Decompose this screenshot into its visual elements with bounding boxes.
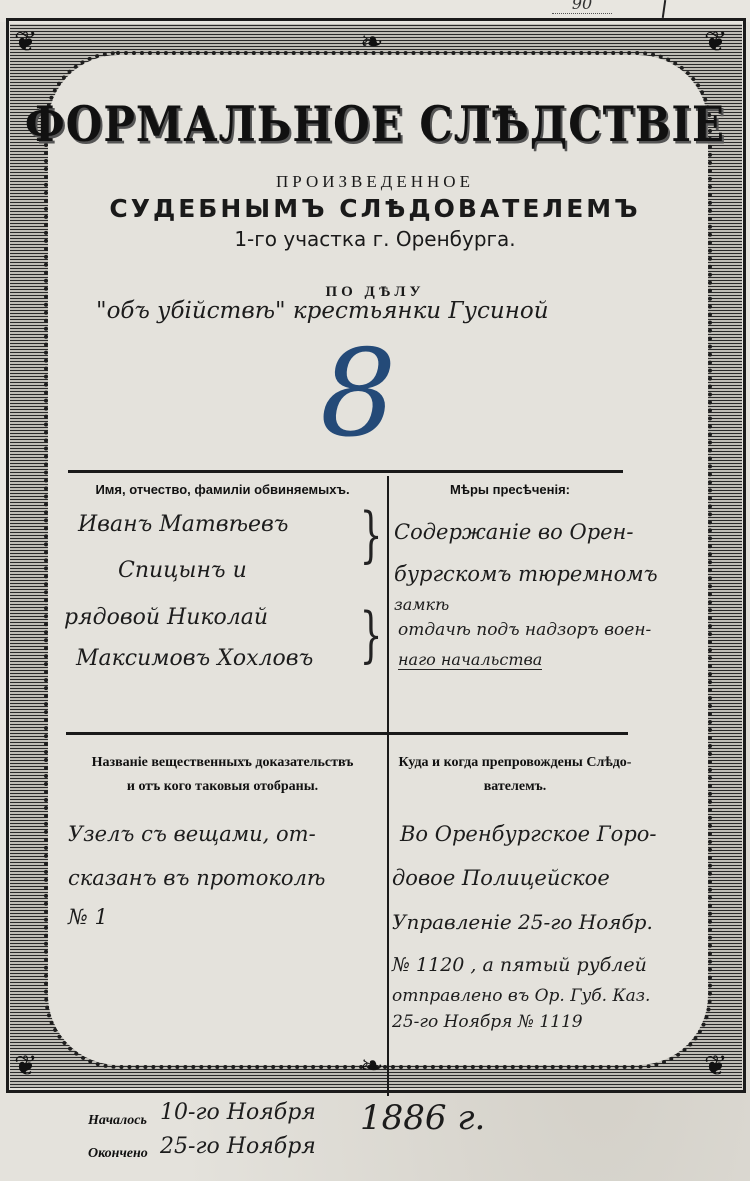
measures-line: бургскомъ тюремномъ	[394, 562, 658, 586]
started-label: Началось	[88, 1113, 147, 1129]
measures-line: наго начальства	[398, 650, 542, 670]
measures-line: отдачѣ подъ надзоръ воен-	[398, 620, 651, 640]
brace-icon: }	[360, 500, 383, 570]
accused-line: Максимовъ Хохловъ	[76, 646, 313, 671]
sent-line: Управленіе 25-го Ноябр.	[392, 910, 653, 934]
measures-line: Содержаніе во Орен-	[394, 520, 634, 544]
ended-label: Окончено	[88, 1146, 148, 1162]
sent-line: отправлено въ Ор. Губ. Каз.	[392, 986, 650, 1006]
started-date: 10-го Ноября	[160, 1100, 316, 1125]
accused-line: Иванъ Матвѣевъ	[78, 512, 288, 537]
sent-line: № 1120 , а пятый рублей	[392, 954, 647, 976]
accused-line: Спицынъ и	[118, 558, 247, 583]
evidence-line: № 1	[68, 905, 108, 929]
sent-line: 25-го Ноября № 1119	[392, 1012, 583, 1032]
sent-line: довое Полицейское	[392, 866, 610, 890]
ended-date: 25-го Ноября	[160, 1134, 316, 1159]
case-number: 8	[320, 335, 396, 455]
measures-line: замкѣ	[394, 595, 449, 614]
header-line-2: СУДЕБНЫМЪ СЛѢДОВАТЕЛЕМЪ	[0, 194, 750, 223]
table-top-rule	[68, 470, 623, 473]
accused-line: рядовой Николай	[64, 605, 268, 630]
table-center-divider	[387, 476, 389, 1096]
header-line-3: 1-го участка г. Оренбурга.	[0, 227, 750, 251]
evidence-line: сказанъ въ протоколѣ	[68, 866, 325, 890]
evidence-header-line-2: и отъ кого таковыя отобраны.	[60, 772, 385, 802]
sent-line: Во Оренбургское Горо-	[400, 822, 657, 846]
document-title: ФОРМАЛЬНОЕ СЛѢДСТВІЕ	[0, 96, 750, 152]
document-content: ФОРМАЛЬНОЕ СЛѢДСТВІЕ ПРОИЗВЕДЕННОЕ СУДЕБ…	[0, 0, 750, 1181]
case-description: "объ убійствѣ" крестьянки Гусиной	[96, 298, 549, 324]
year: 1886 г.	[360, 1098, 485, 1138]
table-middle-rule	[66, 732, 628, 735]
accused-header: Имя, отчество, фамиліи обвиняемыхъ.	[60, 482, 385, 497]
measures-header: Мѣры пресѣченія:	[390, 482, 630, 497]
sent-header-line-2: вателемъ.	[390, 772, 640, 802]
evidence-line: Узелъ съ вещами, от-	[68, 822, 316, 846]
brace-icon: }	[360, 600, 383, 670]
header-line-1: ПРОИЗВЕДЕННОЕ	[0, 172, 750, 192]
